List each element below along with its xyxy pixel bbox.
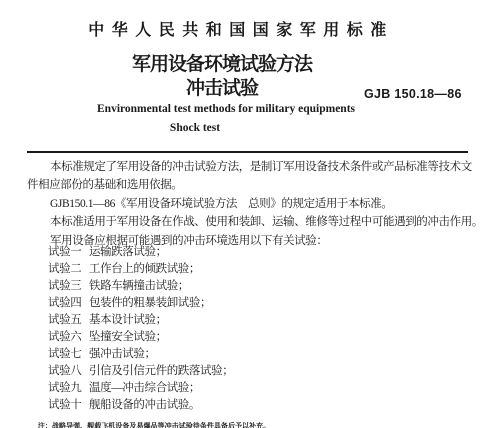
test-list-item: 试验六坠撞安全试验； — [27, 329, 487, 346]
test-list-item: 试验十舰船设备的冲击试验。 — [27, 397, 487, 414]
test-list-item: 试验五基本设计试验； — [27, 312, 487, 329]
test-number: 试验十 — [48, 397, 89, 414]
test-number: 试验一 — [48, 244, 89, 261]
standard-document-page: 中华人民共和国国家军用标准 军用设备环境试验方法 冲击试验 GJB 150.18… — [0, 0, 492, 428]
test-number: 试验六 — [48, 329, 89, 346]
test-number: 试验三 — [48, 278, 89, 295]
test-name: 强冲击试验； — [89, 348, 156, 360]
test-name: 包装件的粗暴装卸试验； — [89, 297, 211, 309]
document-body: 本标准规定了军用设备的冲击试验方法，是制订军用设备技术条件或产品标准等技术文 件… — [27, 158, 487, 428]
test-name: 温度—冲击综合试验； — [89, 382, 200, 394]
test-name: 运输跌落试验； — [89, 246, 167, 258]
test-name: 坠撞安全试验； — [89, 331, 167, 343]
national-standard-header: 中华人民共和国国家军用标准 — [0, 17, 482, 40]
test-list-item: 试验八引信及引信元件的跌落试验； — [27, 363, 487, 380]
body-text-line: 件相应部份的基础和选用依据。 — [27, 176, 487, 194]
test-name: 引信及引信元件的跌落试验； — [89, 365, 233, 377]
document-title-english: Environmental test methods for military … — [0, 103, 452, 115]
test-list-item: 试验七强冲击试验； — [27, 346, 487, 363]
test-name: 铁路车辆撞击试验； — [89, 280, 189, 292]
test-number: 试验九 — [48, 380, 89, 397]
test-number: 试验四 — [48, 295, 89, 312]
test-list-item: 试验三铁路车辆撞击试验； — [27, 278, 487, 295]
test-name: 工作台上的倾跌试验； — [89, 263, 200, 275]
body-text-line: 本标准规定了军用设备的冲击试验方法，是制订军用设备技术条件或产品标准等技术文 — [27, 158, 487, 176]
test-list-item: 试验二工作台上的倾跌试验； — [27, 261, 487, 278]
test-name: 舰船设备的冲击试验。 — [89, 399, 200, 411]
test-list: 试验一运输跌落试验； 试验二工作台上的倾跌试验； 试验三铁路车辆撞击试验； 试验… — [27, 244, 487, 414]
test-number: 试验七 — [48, 346, 89, 363]
test-list-item: 试验九温度—冲击综合试验； — [27, 380, 487, 397]
body-text-line: 本标准适用于军用设备在作战、使用和装卸、运输、维修等过程中可能遇到的冲击作用。 — [27, 213, 487, 231]
test-number: 试验二 — [48, 261, 89, 278]
document-title-line1: 军用设备环境试验方法 — [0, 53, 444, 77]
header-divider — [27, 151, 468, 153]
standard-number: GJB 150.18—86 — [364, 87, 462, 101]
document-subtitle-english: Shock test — [0, 122, 390, 134]
test-list-item: 试验四包装件的粗暴装卸试验； — [27, 295, 487, 312]
body-text-line: GJB150.1—86《军用设备环境试验方法 总则》的规定适用于本标准。 — [27, 195, 487, 213]
test-number: 试验五 — [48, 312, 89, 329]
test-name: 基本设计试验； — [89, 314, 167, 326]
test-number: 试验八 — [48, 363, 89, 380]
footnote: 注：战略导弹、舰载飞机设备及易爆品等冲击试验待条件具备后予以补充。 — [27, 420, 492, 428]
